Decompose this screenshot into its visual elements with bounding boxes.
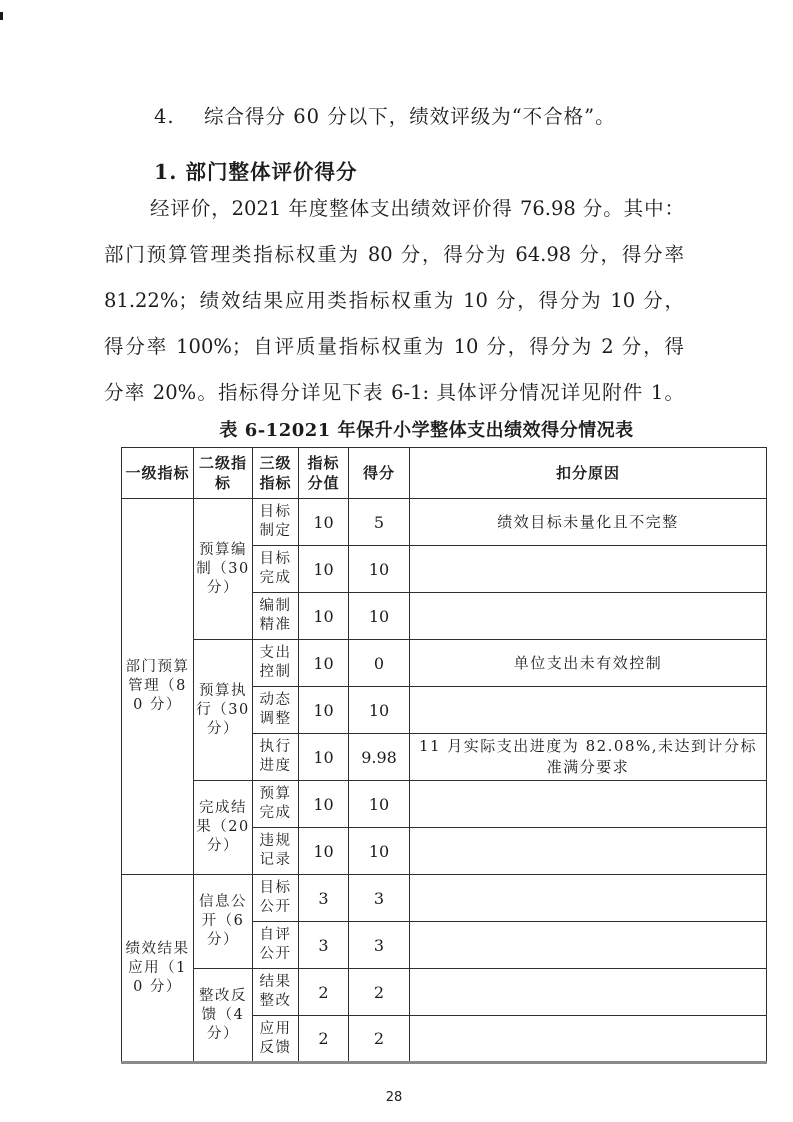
paragraph-line: 分率 20%。指标得分详见下表 6-1: 具体评分情况详见附件 1。 — [104, 370, 684, 416]
value-cell: 10 — [299, 734, 349, 781]
score-cell: 2 — [349, 969, 410, 1016]
table-row: 绩效结果应用（10 分） 信息公开（6 分） 目标公开 3 3 — [122, 875, 767, 922]
value-cell: 3 — [299, 875, 349, 922]
paragraph-line: 部门预算管理类指标权重为 80 分，得分为 64.98 分，得分率 — [104, 232, 684, 278]
value-cell: 2 — [299, 1016, 349, 1063]
reason-cell — [410, 875, 767, 922]
reason-cell — [410, 546, 767, 593]
table-row: 预算执行（30 分） 支出控制 10 0 单位支出未有效控制 — [122, 640, 767, 687]
indicator-cell: 目标公开 — [253, 875, 299, 922]
column-header: 得分 — [349, 448, 410, 499]
score-cell: 10 — [349, 687, 410, 734]
indicator-cell: 编制精准 — [253, 593, 299, 640]
score-cell: 10 — [349, 781, 410, 828]
value-cell: 2 — [299, 969, 349, 1016]
score-cell: 3 — [349, 875, 410, 922]
level2-cell: 完成结果（20 分） — [194, 781, 253, 875]
indicator-cell: 自评公开 — [253, 922, 299, 969]
score-cell: 3 — [349, 922, 410, 969]
paragraph-line: 81.22%；绩效结果应用类指标权重为 10 分，得分为 10 分， — [104, 278, 684, 324]
value-cell: 10 — [299, 593, 349, 640]
value-cell: 10 — [299, 687, 349, 734]
indicator-cell: 目标制定 — [253, 499, 299, 546]
list-item-4: 4.综合得分 60 分以下，绩效评级为“不合格”。 — [104, 0, 684, 132]
table-row: 整改反馈（4 分） 结果整改 2 2 — [122, 969, 767, 1016]
column-header: 一级指标 — [122, 448, 194, 499]
paragraph-line: 得分率 100%；自评质量指标权重为 10 分，得分为 2 分，得 — [104, 324, 684, 370]
section-heading: 1. 部门整体评价得分 — [104, 158, 793, 186]
reason-cell — [410, 781, 767, 828]
table-row: 完成结果（20 分） 预算完成 10 10 — [122, 781, 767, 828]
score-cell: 10 — [349, 593, 410, 640]
indicator-cell: 动态调整 — [253, 687, 299, 734]
indicator-cell: 执行进度 — [253, 734, 299, 781]
body-paragraph: 经评价，2021 年度整体支出绩效评价得 76.98 分。其中： 部门预算管理类… — [104, 186, 684, 416]
score-cell: 5 — [349, 499, 410, 546]
reason-cell — [410, 922, 767, 969]
value-cell: 10 — [299, 546, 349, 593]
table-header-row: 一级指标 二级指标 三级指标 指标分值 得分 扣分原因 — [122, 448, 767, 499]
score-cell: 9.98 — [349, 734, 410, 781]
list-item-text: 综合得分 60 分以下，绩效评级为“不合格”。 — [204, 105, 616, 128]
indicator-cell: 结果整改 — [253, 969, 299, 1016]
value-cell: 10 — [299, 640, 349, 687]
level2-cell: 信息公开（6 分） — [194, 875, 253, 969]
reason-cell: 绩效目标未量化且不完整 — [410, 499, 767, 546]
level2-cell: 整改反馈（4 分） — [194, 969, 253, 1063]
reason-cell: 单位支出未有效控制 — [410, 640, 767, 687]
column-header: 扣分原因 — [410, 448, 767, 499]
page-number: 28 — [104, 1090, 684, 1105]
indicator-cell: 违规记录 — [253, 828, 299, 875]
score-cell: 0 — [349, 640, 410, 687]
score-cell: 2 — [349, 1016, 410, 1063]
column-header: 三级指标 — [253, 448, 299, 499]
column-header: 二级指标 — [194, 448, 253, 499]
reason-cell — [410, 687, 767, 734]
reason-cell — [410, 828, 767, 875]
table-row: 部门预算管理（80 分） 预算编制（30 分） 目标制定 10 5 绩效目标未量… — [122, 499, 767, 546]
indicator-cell: 支出控制 — [253, 640, 299, 687]
level2-cell: 预算编制（30 分） — [194, 499, 253, 640]
value-cell: 10 — [299, 828, 349, 875]
value-cell: 10 — [299, 781, 349, 828]
table-title: 表 6-12021 年保升小学整体支出绩效得分情况表 — [104, 418, 749, 444]
level1-cell: 部门预算管理（80 分） — [122, 499, 194, 875]
list-item-number: 4. — [154, 102, 204, 132]
level2-cell: 预算执行（30 分） — [194, 640, 253, 781]
reason-cell: 11 月实际支出进度为 82.08%,未达到计分标准满分要求 — [410, 734, 767, 781]
document-page: 4.综合得分 60 分以下，绩效评级为“不合格”。 1. 部门整体评价得分 经评… — [0, 0, 793, 1105]
score-cell: 10 — [349, 546, 410, 593]
column-header: 指标分值 — [299, 448, 349, 499]
reason-cell — [410, 593, 767, 640]
reason-cell — [410, 969, 767, 1016]
level1-cell: 绩效结果应用（10 分） — [122, 875, 194, 1063]
paragraph-line: 经评价，2021 年度整体支出绩效评价得 76.98 分。其中： — [104, 186, 684, 232]
reason-cell — [410, 1016, 767, 1063]
indicator-cell: 目标完成 — [253, 546, 299, 593]
indicator-cell: 应用反馈 — [253, 1016, 299, 1063]
value-cell: 10 — [299, 499, 349, 546]
scan-artifact — [0, 12, 3, 20]
indicator-cell: 预算完成 — [253, 781, 299, 828]
score-cell: 10 — [349, 828, 410, 875]
value-cell: 3 — [299, 922, 349, 969]
score-table: 一级指标 二级指标 三级指标 指标分值 得分 扣分原因 部门预算管理（80 分）… — [121, 447, 767, 1064]
